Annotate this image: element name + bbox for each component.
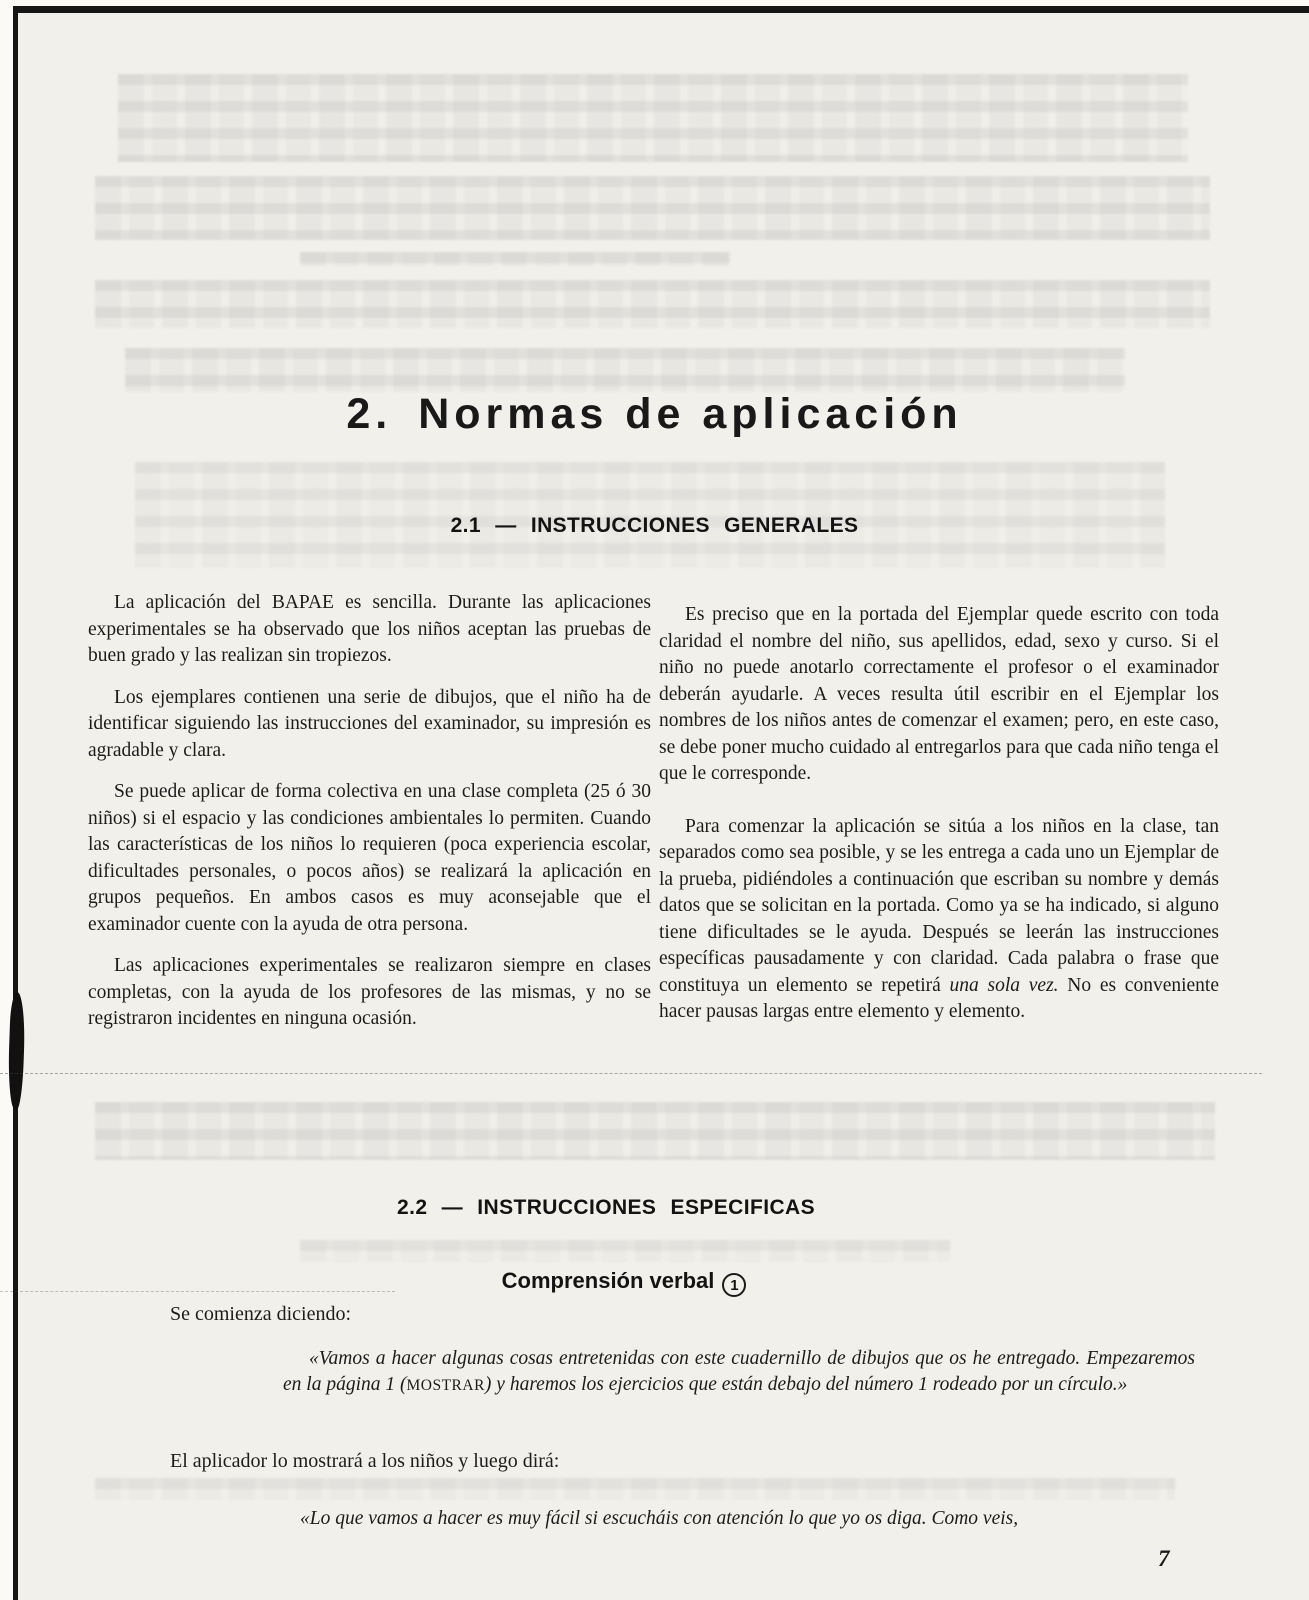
paragraph: Es preciso que en la portada del Ejempla…	[659, 602, 1219, 788]
chapter-number: 2.	[346, 390, 392, 438]
section-2-2-heading: 2.2 — INSTRUCCIONES ESPECIFICAS	[0, 1196, 1212, 1220]
bleed-through-text	[118, 74, 1188, 162]
left-column: La aplicación del BAPAE es sencilla. Dur…	[88, 590, 651, 1048]
chapter-title-text: Normas de aplicación	[418, 390, 963, 438]
instruction-lead-in: Se comienza diciendo:	[170, 1303, 351, 1326]
page-frame-left-border	[13, 6, 18, 1600]
paragraph: Para comenzar la aplicación se sitúa a l…	[659, 814, 1219, 1026]
section-2-1-heading: 2.1 — INSTRUCCIONES GENERALES	[0, 514, 1309, 538]
paragraph: Los ejemplares contienen una serie de di…	[88, 685, 651, 765]
fold-crease	[0, 1073, 1262, 1074]
scan-left-margin	[0, 0, 13, 1600]
emphasis-una-sola-vez: una sola vez.	[950, 975, 1059, 996]
paragraph: Las aplicaciones experimentales se reali…	[88, 953, 651, 1033]
subsection-comprension-verbal: Comprensión verbal1	[0, 1268, 1248, 1297]
scanned-document-page: 2.Normas de aplicación 2.1 — INSTRUCCION…	[0, 0, 1309, 1600]
examiner-quote: «Lo que vamos a hacer es muy fácil si es…	[300, 1506, 1238, 1532]
small-caps-mostrar: MOSTRAR	[406, 1377, 484, 1394]
bleed-through-text	[125, 348, 1125, 392]
bleed-through-text	[95, 1478, 1175, 1500]
bleed-through-text	[300, 1240, 950, 1262]
bleed-through-text	[95, 1102, 1215, 1160]
examiner-quote: «Vamos a hacer algunas cosas entretenida…	[283, 1346, 1195, 1398]
page-number: 7	[1158, 1546, 1170, 1572]
quote-text: ) y haremos los ejercicios que están deb…	[485, 1374, 1127, 1395]
circled-number-1: 1	[722, 1273, 746, 1297]
right-column: Es preciso que en la portada del Ejempla…	[659, 602, 1219, 1041]
bleed-through-text	[300, 252, 730, 266]
bleed-through-text	[95, 280, 1210, 328]
paragraph: Se puede aplicar de forma colectiva en u…	[88, 779, 651, 938]
subsection-title-text: Comprensión verbal	[502, 1268, 715, 1293]
page-frame-top-border	[13, 6, 1309, 13]
bleed-through-text	[95, 176, 1210, 240]
instruction-lead-in: El aplicador lo mostrará a los niños y l…	[170, 1450, 559, 1473]
paragraph-text: Para comenzar la aplicación se sitúa a l…	[659, 816, 1219, 996]
paragraph: La aplicación del BAPAE es sencilla. Dur…	[88, 590, 651, 670]
chapter-title: 2.Normas de aplicación	[0, 390, 1309, 439]
